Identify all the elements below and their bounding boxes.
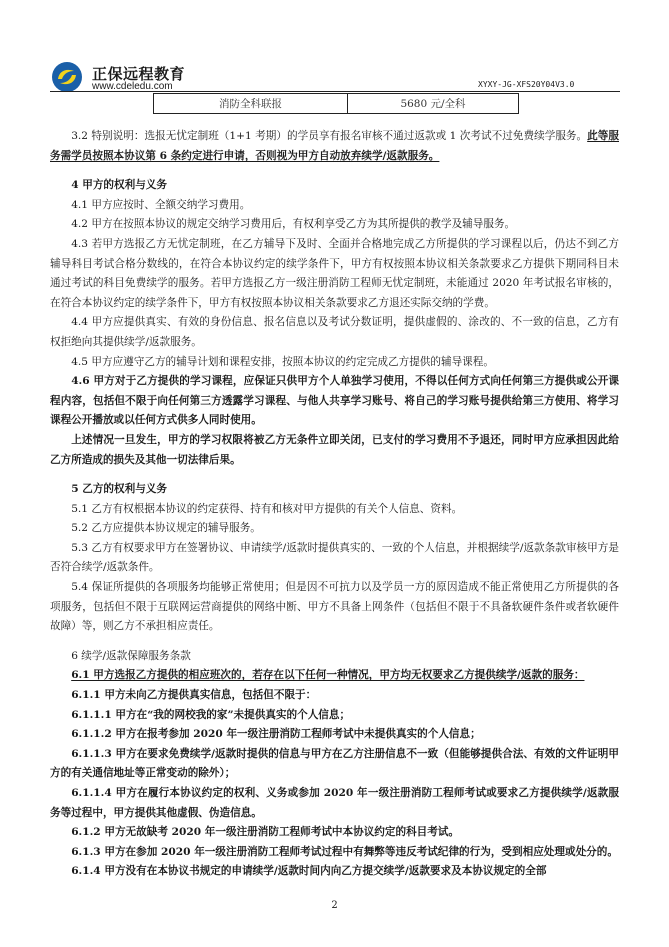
clause-6-1-1-4: 6.1.1.4 甲方在履行本协议约定的权利、义务或参加 2020 年一级注册消防… [50,784,619,823]
clause-6-1: 6.1 甲方选报乙方提供的相应班次的，若存在以下任何一种情况，甲方均无权要求乙方… [50,666,619,686]
clause-4-4: 4.4 甲方应提供真实、有效的身份信息、报名信息以及考试分数证明，提供虚假的、涂… [50,313,619,352]
page-number: 2 [0,900,669,911]
section-5-title: 5 乙方的权利与义务 [50,480,619,500]
clause-4-3: 4.3 若甲方选报乙方无忧定制班，在乙方辅导下及时、全面并合格地完成乙方所提供的… [50,235,619,313]
clause-5-4: 5.4 保证所提供的各项服务均能够正常使用；但是因不可抗力以及学员一方的原因造成… [50,578,619,637]
document-body: 3.2 特别说明：选报无忧定制班（1+1 考期）的学员享有报名审核不通过返款或 … [50,127,619,882]
clause-4-6: 4.6 甲方对于乙方提供的学习课程，应保证只供甲方个人单独学习使用，不得以任何方… [50,372,619,431]
price-cell: 5680 元/全科 [348,94,519,114]
spacer [50,470,619,480]
spacer [50,637,619,647]
table-row: 消防全科联报 5680 元/全科 [154,94,519,114]
price-table: 消防全科联报 5680 元/全科 [153,93,519,114]
clause-4-2: 4.2 甲方在按照本协议的规定交纳学习费用后，有权利享受乙方为其所提供的教学及辅… [50,215,619,235]
clause-6-1-1-2: 6.1.1.2 甲方在报考参加 2020 年一级注册消防工程师考试中未提供真实的… [50,725,619,745]
clause-4-consequence: 上述情况一旦发生，甲方的学习权限将被乙方无条件立即关闭，已支付的学习费用不予退还… [50,431,619,470]
clause-5-2: 5.2 乙方应提供本协议规定的辅导服务。 [50,519,619,539]
clause-6-1-4: 6.1.4 甲方没有在本协议书规定的申请续学/返款时间内向乙方提交续学/返款要求… [50,862,619,882]
clause-6-1-3: 6.1.3 甲方在参加 2020 年一级注册消防工程师考试过程中有舞弊等违反考试… [50,843,619,863]
document-header: 正保远程教育 www.cdeledu.com XYXY-JG-XFS20Y04V… [0,0,669,95]
section-6-title: 6 续学/返款保障服务条款 [50,647,619,667]
header-divider [50,91,620,92]
spacer [50,166,619,176]
clause-3-2-text: 3.2 特别说明：选报无忧定制班（1+1 考期）的学员享有报名审核不通过返款或 … [71,130,587,142]
section-4-title: 4 甲方的权利与义务 [50,176,619,196]
document-code: XYXY-JG-XFS20Y04V3.0 [478,80,574,89]
clause-6-1-1-3: 6.1.1.3 甲方在要求免费续学/返款时提供的信息与甲方在乙方注册信息不一致（… [50,745,619,784]
clause-5-1: 5.1 乙方有权根据本协议的约定获得、持有和核对甲方提供的有关个人信息、资料。 [50,500,619,520]
clause-6-1-1: 6.1.1 甲方未向乙方提供真实信息，包括但不限于： [50,686,619,706]
course-cell: 消防全科联报 [154,94,348,114]
clause-4-5: 4.5 甲方应遵守乙方的辅导计划和课程安排，按照本协议的约定完成乙方提供的辅导课… [50,353,619,373]
clause-5-3: 5.3 乙方有权要求甲方在签署协议、申请续学/返款时提供真实的、一致的个人信息，… [50,539,619,578]
clause-3-2: 3.2 特别说明：选报无忧定制班（1+1 考期）的学员享有报名审核不通过返款或 … [50,127,619,166]
clause-6-1-2: 6.1.2 甲方无故缺考 2020 年一级注册消防工程师考试中本协议约定的科目考… [50,823,619,843]
cdeledu-logo-icon [52,62,82,92]
clause-4-1: 4.1 甲方应按时、全额交纳学习费用。 [50,196,619,216]
clause-6-1-1-1: 6.1.1.1 甲方在“我的网校我的家”未提供真实的个人信息； [50,706,619,726]
